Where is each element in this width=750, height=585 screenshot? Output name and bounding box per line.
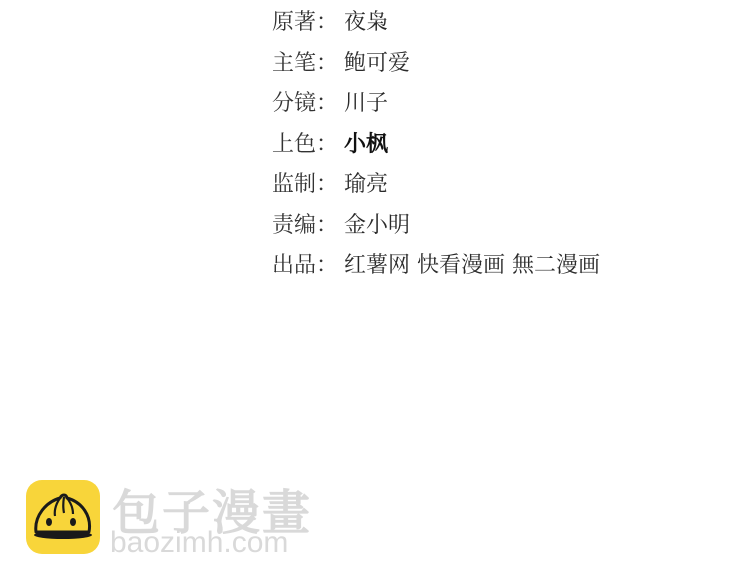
credit-label: 责编 [272, 213, 316, 238]
credit-value: 夜枭 [344, 10, 388, 35]
credit-value: 红薯网 快看漫画 無二漫画 [344, 253, 600, 278]
credit-label: 主笔 [272, 51, 316, 76]
credit-storyboard: 分镜：川子 [272, 87, 600, 128]
credit-value: 川子 [344, 91, 388, 116]
credit-separator: ： [316, 172, 338, 197]
watermark-url: baozimh.com [110, 526, 288, 560]
credit-original-author: 原著：夜枭 [272, 6, 600, 47]
credit-publisher: 出品：红薯网 快看漫画 無二漫画 [272, 249, 600, 290]
credits-list: 原著：夜枭 主笔：鲍可爱 分镜：川子 上色：小枫 监制：瑜亮 责编：金小明 出品… [272, 6, 600, 290]
credit-label: 分镜 [272, 91, 316, 116]
credit-label: 上色 [272, 132, 316, 157]
credit-separator: ： [316, 132, 338, 157]
credit-label: 原著 [272, 10, 316, 35]
credit-value: 小枫 [344, 132, 388, 157]
credit-label: 监制 [272, 172, 316, 197]
credit-main-artist: 主笔：鲍可爱 [272, 47, 600, 88]
credit-supervisor: 监制：瑜亮 [272, 168, 600, 209]
steamed-bun-logo-icon [26, 480, 100, 554]
credit-value: 金小明 [344, 213, 410, 238]
credit-separator: ： [316, 10, 338, 35]
credit-separator: ： [316, 51, 338, 76]
credit-separator: ： [316, 213, 338, 238]
credit-label: 出品 [272, 253, 316, 278]
credit-editor: 责编：金小明 [272, 209, 600, 250]
credit-value: 瑜亮 [344, 172, 388, 197]
credit-separator: ： [316, 253, 338, 278]
credit-value: 鲍可爱 [344, 51, 410, 76]
credit-colorist: 上色：小枫 [272, 128, 600, 169]
credit-separator: ： [316, 91, 338, 116]
